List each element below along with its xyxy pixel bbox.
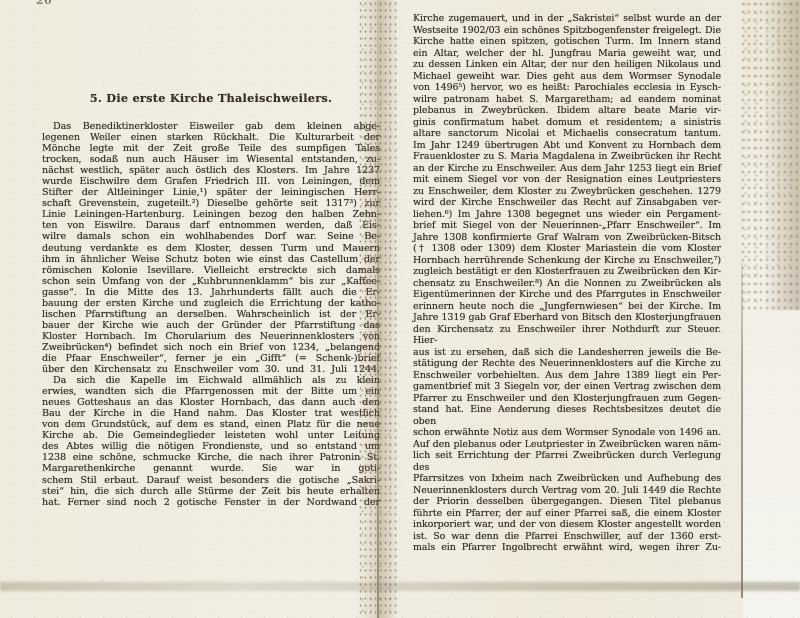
left-text-column: Das Benediktinerkloster Eisweiler gab de… — [42, 121, 380, 508]
text-line: zu dessen Linken ein Altar, der nur den … — [413, 59, 721, 71]
text-line: Westseite 1902/03 ein schönes Spitzbogen… — [413, 25, 721, 37]
text-line: legenen Weiler einen starken Rückhalt. D… — [42, 132, 380, 143]
text-line: den Kirchensatz zu Enschweiler ihrer Not… — [413, 324, 721, 347]
text-line: Mönche legte mit der Zeit große Teile de… — [42, 143, 380, 154]
text-line: hat. Ferner sind noch 2 gotische Fenster… — [42, 497, 380, 508]
text-line: mit einem Siegel vor von der Resignation… — [413, 174, 721, 186]
text-line: stätigung der Rechte des Neuerinnenklost… — [413, 358, 721, 370]
text-line: Da sich die Kapelle im Eichwald allmähli… — [42, 375, 380, 386]
text-line: chensatz zu Enschweiler.⁸) An die Nonnen… — [413, 278, 721, 290]
text-line: bauer der Kirche wie auch der Gründer de… — [42, 320, 380, 331]
text-line: von dem Grundstück, auf dem es stand, ei… — [42, 419, 380, 430]
chapter-heading: 5. Die erste Kirche Thaleischweilers. — [42, 91, 380, 105]
text-line: wilre damals schon ein wohlhabendes Dorf… — [42, 231, 380, 242]
text-line: die Pfaar Enschweiler“, ferner je ein „G… — [42, 353, 380, 364]
text-line: gasse“. In die Mitte des 13. Jahrhundert… — [42, 287, 380, 298]
text-line: mals ein Pfarrer Ingolbrecht erwähnt wir… — [413, 542, 721, 554]
scanned-book-page: { "colors": { "paper": "#f0ecdf", "ink":… — [0, 0, 800, 618]
text-line: stand hat. Eine Aenderung dieses Rechtsb… — [413, 404, 721, 427]
text-line: schon erwähnte Notiz aus dem Wormser Syn… — [413, 427, 721, 439]
text-line: Neuerinnenklosters durch Vertrag vom 20.… — [413, 485, 721, 497]
text-line: Hornbach herrührende Schenkung der Kirch… — [413, 255, 721, 267]
text-line: ihm in ähnlicher Weise Schutz boten wie … — [42, 254, 380, 265]
page-number: 20 — [36, 0, 53, 7]
paragraph: Da sich die Kapelle im Eichwald allmähli… — [42, 375, 380, 508]
text-line: ist. So war denn die Pfarrei Enschwiller… — [413, 531, 721, 543]
text-line: erwies, wandten sich die Pfarrgenossen m… — [42, 386, 380, 397]
text-line: Im Jahr 1249 übertrugen Abt und Konvent … — [413, 140, 721, 152]
text-line: Auf den plebanus oder Leutpriester in Zw… — [413, 439, 721, 451]
text-line: trocken, sodaß nun auch Häuser im Wiesen… — [42, 154, 380, 165]
text-line: wilre patronam habet S. Margaretham; ad … — [413, 94, 721, 106]
text-line: inkorporiert war, und der von diesem Klo… — [413, 519, 721, 531]
text-line: 1238 eine schöne, schmucke Kirche, die n… — [42, 452, 380, 463]
text-line: Margarethenkirche genannt wurde. Sie war… — [42, 463, 380, 474]
text-line: bauung der ersten Kirche und zugleich di… — [42, 298, 380, 309]
text-line: Pfarrsitzes von Ixheim nach Zweibrücken … — [413, 473, 721, 485]
text-line: Eigentümerinnen der Kirche und des Pfarr… — [413, 289, 721, 301]
text-line: der Priorin desselben übergegangen. Dies… — [413, 496, 721, 508]
text-line: liehen.⁶) Im Jahre 1308 begegnet uns wie… — [413, 209, 721, 221]
text-line: Kirche ab. Die Gemeindeglieder leisteten… — [42, 430, 380, 441]
text-line: zu Enschweiler, dem Kloster zu Zweybrück… — [413, 186, 721, 198]
text-line: schaft Grevenstein, zugeteilt.²) Dieselb… — [42, 198, 380, 209]
text-line: Jahre 1308 konfirmierte Graf Walram von … — [413, 232, 721, 244]
text-line: gamentbrief mit 3 Siegeln vor, der einen… — [413, 381, 721, 393]
text-line: Das Benediktinerkloster Eisweiler gab de… — [42, 121, 380, 132]
text-line: Jahre 1319 gab Graf Eberhard von Bitsch … — [413, 312, 721, 324]
text-line: Zweibrücken⁴) befindet sich noch ein Bri… — [42, 342, 380, 353]
text-line: von 1496⁵) hervor, wo es heißt: Parochia… — [413, 82, 721, 94]
right-text-column: Kirche zugemauert, und in der „Sakristei… — [413, 13, 721, 554]
text-line: des Abtes willig die nötigen Frondienste… — [42, 441, 380, 452]
text-line: Pfarrer zu Enschweiler und den Klosterju… — [413, 393, 721, 405]
text-line: altare sanctorum Nicolai et Michaelis co… — [413, 128, 721, 140]
text-line: lich seit Errichtung der Pfarrei Zweibrü… — [413, 450, 721, 473]
text-line: über den Kirchensatz zu Enschweiler vom … — [42, 364, 380, 375]
text-line: an der Kirche zu Enschweiler. Aus dem Ja… — [413, 163, 721, 175]
text-line: Enschweiler vorbehielten. Aus dem Jahre … — [413, 370, 721, 382]
text-line: schon sein Umfang von der „Kuhbrunnenkla… — [42, 276, 380, 287]
text-line: wird der Kirche Enschweiler das Recht au… — [413, 197, 721, 209]
text-line: führte ein Pfarrer, der auf einer Pfarre… — [413, 508, 721, 520]
text-line: Kirche zugemauert, und in der „Sakristei… — [413, 13, 721, 25]
text-line: († 1308 oder 1309) dem Kloster Mariastei… — [413, 243, 721, 255]
text-line: aus ist zu ersehen, daß sich die Landesh… — [413, 347, 721, 359]
text-line: ten von Eiswilre. Daraus darf entnommen … — [42, 220, 380, 231]
page-edge-line — [741, 262, 743, 598]
text-line: Kirche hatte einen spitzen, gotischen Tu… — [413, 36, 721, 48]
scan-bottom-smudge — [0, 582, 800, 591]
text-line: zugleich bestätigt er den Klosterfrauen … — [413, 266, 721, 278]
text-line: Stifter der Altleininger Linie,¹) später… — [42, 187, 380, 198]
text-line: stei“ hin, die sich durch alle Stürme de… — [42, 486, 380, 497]
scan-corner-noise — [740, 0, 800, 310]
text-line: Frauenkloster zu S. Maria Magdalena in Z… — [413, 151, 721, 163]
text-line: römischen Kolonie Isevillare. Vielleicht… — [42, 265, 380, 276]
text-line: erinnern heute noch die „Jungfernwiesen“… — [413, 301, 721, 313]
text-line: plebanus in Zweybrücken. Ibidem altare b… — [413, 105, 721, 117]
text-line: brief mit Siegel von der Neuerinnen-„Pfa… — [413, 220, 721, 232]
text-line: Michael geweiht war. Dies geht aus dem W… — [413, 71, 721, 83]
text-line: wurde Eischwilre dem Grafen Friedrich II… — [42, 176, 380, 187]
text-line: ginis confirmatum habet domum et residen… — [413, 117, 721, 129]
text-line: neues Gotteshaus an das Kloster Hornbach… — [42, 397, 380, 408]
text-line: nächst westlich, später auch östlich des… — [42, 165, 380, 176]
book-spread: 20 5. Die erste Kirche Thaleischweilers.… — [0, 0, 800, 618]
text-line: Kloster Hornbach. Im Chorularium des Neu… — [42, 331, 380, 342]
text-line: lischen Pfarrstiftung an derselben. Wahr… — [42, 309, 380, 320]
right-page-outer-margin — [743, 0, 800, 618]
text-line: ein Altar, welcher der hl. Jungfrau Mari… — [413, 48, 721, 60]
text-line: Bau der Kirche in die Hand nahm. Das Klo… — [42, 408, 380, 419]
text-line: deutung verdankte es dem Kloster, dessen… — [42, 243, 380, 254]
text-line: Linie Leiningen-Hartenburg. Leiningen be… — [42, 209, 380, 220]
text-line: schem Stil erbaut. Darauf weist besonder… — [42, 475, 380, 486]
paragraph: Das Benediktinerkloster Eisweiler gab de… — [42, 121, 380, 375]
